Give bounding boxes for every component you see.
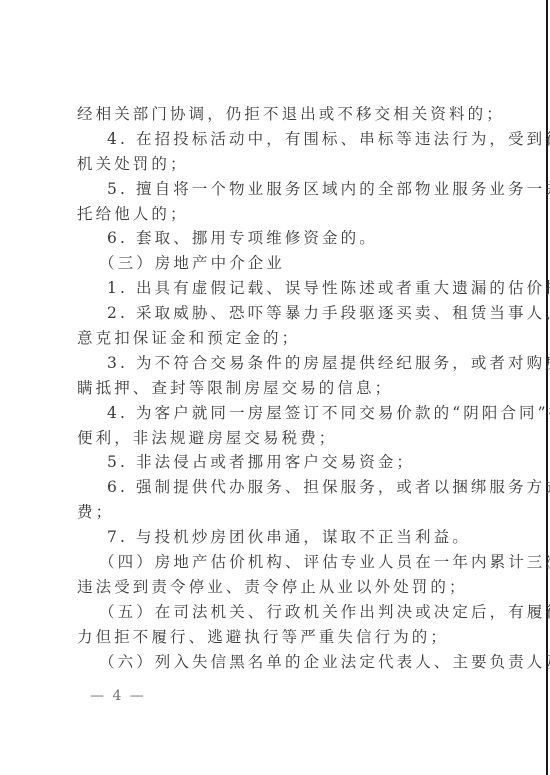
list-item-6-maintenance-funds: 6. 套取、挪用专项维修资金的。: [77, 226, 485, 251]
page-number: — 4 —: [90, 688, 146, 704]
section-heading-five: （五）在司法机关、行政机关作出判决或决定后，有履行能: [77, 600, 485, 625]
text-line: 意克扣保证金和预定金的；: [77, 326, 485, 351]
text-line: 瞒抵押、查封等限制房屋交易的信息；: [77, 376, 485, 401]
list-item-4-bid-rigging: 4. 在招投标活动中，有围标、串标等违法行为，受到行政: [77, 127, 485, 152]
text-line: 经相关部门协调，仍拒不退出或不移交相关资料的；: [77, 102, 485, 127]
list-item-2-threats: 2. 采取威胁、恐吓等暴力手段驱逐买卖、租赁当事人，恶: [77, 301, 485, 326]
text-line: 违法受到责令停业、责令停止从业以外处罚的；: [77, 575, 485, 600]
list-item-7-speculation: 7. 与投机炒房团伙串通，谋取不正当利益。: [77, 525, 485, 550]
text-line: 便利，非法规避房屋交易税费；: [77, 426, 485, 451]
text-line: 机关处罚的；: [77, 152, 485, 177]
text-line: 费；: [77, 500, 485, 525]
list-item-1-false-appraisal: 1. 出具有虚假记载、误导性陈述或者重大遗漏的估价报告；: [77, 276, 485, 301]
document-page: 经相关部门协调，仍拒不退出或不移交相关资料的； 4. 在招投标活动中，有围标、串…: [0, 0, 548, 775]
list-item-5-subcontracting: 5. 擅自将一个物业服务区域内的全部物业服务业务一并委: [77, 177, 485, 202]
text-line: 托给他人的；: [77, 202, 485, 227]
document-body: 经相关部门协调，仍拒不退出或不移交相关资料的； 4. 在招投标活动中，有围标、串…: [77, 102, 485, 674]
list-item-3-brokerage: 3. 为不符合交易条件的房屋提供经纪服务，或者对购房人隐: [77, 351, 485, 376]
section-heading-six: （六）列入失信黑名单的企业法定代表人、主要负责人及其: [77, 650, 485, 675]
section-heading-four: （四）房地产估价机构、评估专业人员在一年内累计三次因: [77, 550, 485, 575]
section-heading-three: （三）房地产中介企业: [77, 251, 485, 276]
text-line: 力但拒不履行、逃避执行等严重失信行为的；: [77, 625, 485, 650]
list-item-4-yin-yang-contract: 4. 为客户就同一房屋签订不同交易价款的“阴阳合同”提供: [77, 401, 485, 426]
list-item-5-misappropriation: 5. 非法侵占或者挪用客户交易资金；: [77, 450, 485, 475]
list-item-6-forced-services: 6. 强制提供代办服务、担保服务，或者以捆绑服务方式乱收: [77, 475, 485, 500]
